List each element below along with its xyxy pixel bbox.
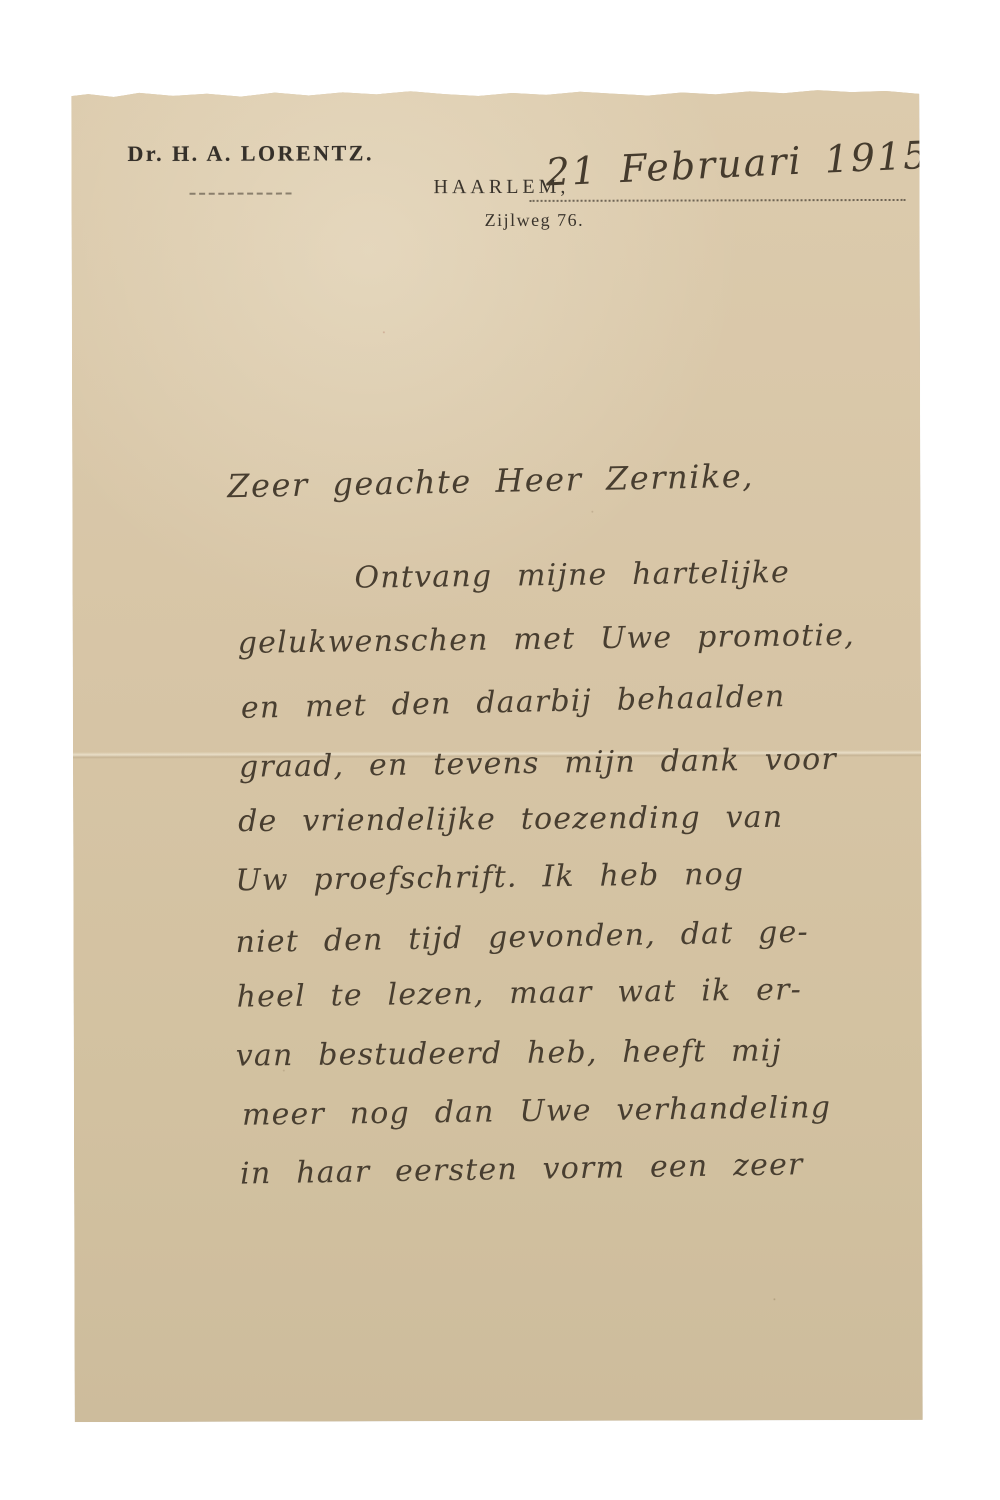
- letterhead-sender: Dr. H. A. LORENTZ.: [127, 140, 374, 167]
- letterhead-rule: [190, 193, 292, 195]
- body-line: de vriendelijke toezending van: [238, 800, 783, 839]
- letter-paper: Dr. H. A. LORENTZ. HAARLEM, 21 Februari …: [71, 89, 922, 1422]
- body-line: in haar eersten vorm een zeer: [240, 1147, 804, 1191]
- body-line: heel te lezen, maar wat ik er-: [236, 972, 802, 1014]
- body-line: graad, en tevens mijn dank voor: [239, 742, 837, 785]
- salutation: Zeer geachte Heer Zernike,: [227, 457, 754, 506]
- body-line: Ontvang mijne hartelijke: [354, 555, 790, 596]
- body-line: gelukwenschen met Uwe promotie,: [237, 618, 855, 661]
- body-line: en met den daarbij behaalden: [241, 679, 786, 726]
- body-line: niet den tijd gevonden, dat ge-: [235, 915, 809, 961]
- scan-background: Dr. H. A. LORENTZ. HAARLEM, 21 Februari …: [0, 0, 1000, 1500]
- body-line: Uw proefschrift. Ik heb nog: [235, 857, 744, 899]
- body-line: van bestudeerd heb, heeft mij: [236, 1033, 783, 1073]
- letterhead-address: Zijlweg 76.: [485, 210, 585, 231]
- body-line: meer nog dan Uwe verhandeling: [242, 1090, 832, 1133]
